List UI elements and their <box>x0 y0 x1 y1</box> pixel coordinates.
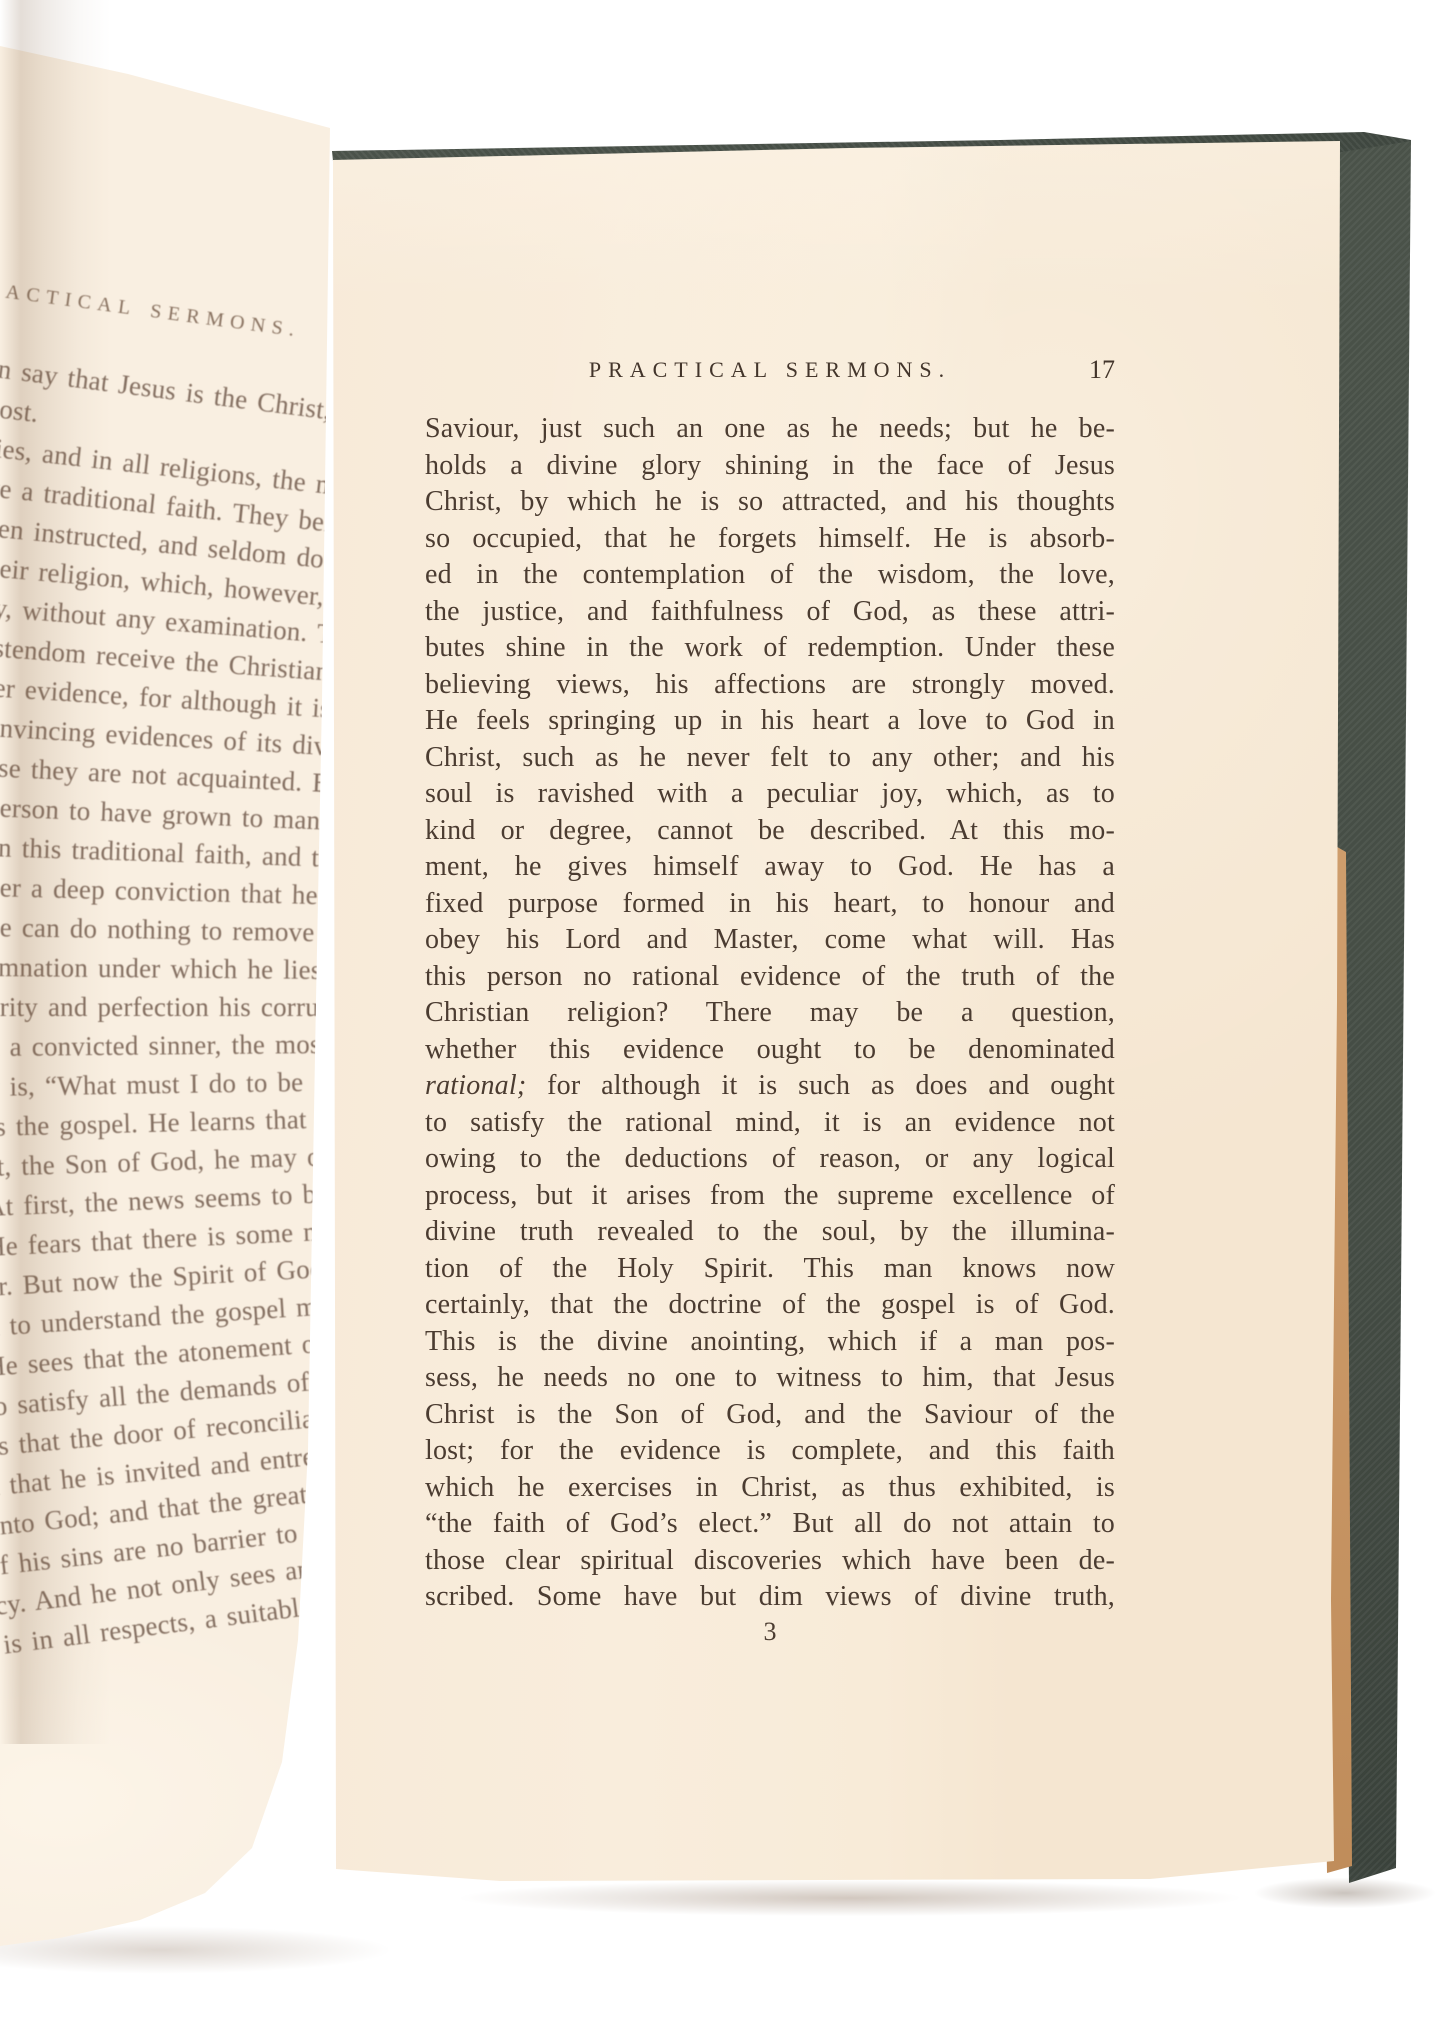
text-line: ries, and in all religions, the mass of <box>0 432 405 509</box>
text-line: Christ is the Son of God, and the Saviou… <box>425 1397 1115 1434</box>
text-line: At first, the news seems to be too <box>0 1176 374 1223</box>
left-page-running-header: RACTICAL SERMONS. <box>0 278 302 343</box>
text-line: soul is ravished with a peculiar joy, wh… <box>425 776 1115 813</box>
text-line: person to have grown to manhood <box>0 792 376 839</box>
text-line: of his sins are no barrier to the <box>0 1513 342 1583</box>
text-line: “the faith of God’s elect.” But all do n… <box>425 1506 1115 1543</box>
text-line: st, the Son of God, he may obtain <box>0 1140 376 1183</box>
text-line-with-italic: rational; for although it is such as doe… <box>425 1068 1115 1105</box>
text-line: to satisfy the rational mind, it is an e… <box>425 1105 1115 1142</box>
text-line: fixed purpose formed in his heart, to ho… <box>425 886 1115 923</box>
text-line: This is the divine anointing, which if a… <box>425 1324 1115 1361</box>
book-photo: PRACTICAL SERMONS. 17 Saviour, just such… <box>0 0 1445 2023</box>
text-line: the justice, and faithfulness of God, as… <box>425 594 1115 631</box>
text-line: believing views, his affections are stro… <box>425 667 1115 704</box>
text-line: which he exercises in Christ, as thus ex… <box>425 1470 1115 1507</box>
text-line: een instructed, and seldom doubt of <box>0 512 393 581</box>
text-line: Christ, by which he is so attracted, and… <box>425 484 1115 521</box>
text-line: d to understand the gospel me- <box>0 1290 339 1343</box>
text-line: sess, he needs no one to witness to him,… <box>425 1360 1115 1397</box>
text-line: es that the door of reconciliation <box>0 1400 358 1463</box>
text-line: holds a divine glory shining in the face… <box>425 448 1115 485</box>
text-line: ment, he gives himself away to God. He h… <box>425 849 1115 886</box>
text-line: emnation under which he lies, or <box>0 952 361 986</box>
text-line: h a convicted sinner, the most <box>0 1029 328 1063</box>
text-line: rs the gospel. He learns that by <box>0 1103 344 1143</box>
text-line: He sees that the atonement of <box>0 1328 326 1383</box>
text-line: y is, “What must I do to be <box>0 1067 304 1103</box>
text-line: d that he is invited and entreat- <box>0 1438 345 1503</box>
text-line: divine truth revealed to the soul, by th… <box>425 1214 1115 1251</box>
text-line: kind or degree, cannot be described. At … <box>425 813 1115 850</box>
text-line: heir religion, which, however, they <box>0 552 382 617</box>
text-line: owing to the deductions of reason, or an… <box>425 1141 1115 1178</box>
text-line: an this traditional faith, and then <box>0 832 359 875</box>
text-line: so occupied, that he forgets himself. He… <box>425 521 1115 558</box>
text-line: ese they are not acquainted. But <box>0 752 353 800</box>
text-line: to satisfy all the demands of law <box>0 1363 360 1423</box>
text-line: process, but it arises from the supreme … <box>425 1178 1115 1215</box>
text-line: der a deep conviction that he is a <box>0 872 369 912</box>
text-line: onvincing evidences of its divine <box>0 712 362 764</box>
text-line: obey his Lord and Master, come what will… <box>425 922 1115 959</box>
text-line: t is in all respects, a suitable <box>0 1591 313 1663</box>
text-line: He feels springing up in his heart a lov… <box>425 703 1115 740</box>
right-page-number: 17 <box>425 355 1115 385</box>
text-line: whether this evidence ought to be denomi… <box>425 1032 1115 1069</box>
text-line: scribed. Some have but dim views of divi… <box>425 1579 1115 1616</box>
text-line: ve a traditional faith. They believe <box>0 472 379 543</box>
text-line: ter evidence, for although it is a <box>0 672 354 726</box>
text-line: certainly, that the doctrine of the gosp… <box>425 1287 1115 1324</box>
text-line: ly, without any examination. The <box>0 592 361 652</box>
text-line: er. But now the Spirit of God <box>0 1253 324 1303</box>
text-line: tion of the Holy Spirit. This man knows … <box>425 1251 1115 1288</box>
text-line: host. <box>0 392 40 429</box>
text-line: ed in the contemplation of the wisdom, t… <box>425 557 1115 594</box>
signature-mark: 3 <box>425 1617 1115 1647</box>
right-page-text-block: Saviour, just such an one as he needs; b… <box>425 411 1115 1616</box>
text-line: he can do nothing to remove the <box>0 912 358 949</box>
text-line: He fears that there is some mis- <box>0 1215 353 1263</box>
text-line: rcy. And he not only sees and <box>0 1552 326 1623</box>
text-line: an say that Jesus is the Christ, but <box>0 352 378 432</box>
text-line: butes shine in the work of redemption. U… <box>425 630 1115 667</box>
text-line: Christian religion? There may be a quest… <box>425 995 1115 1032</box>
gutter-shadow <box>0 0 130 1744</box>
text-line: Saviour, just such an one as he needs; b… <box>425 411 1115 448</box>
text-line: Christ, such as he never felt to any oth… <box>425 740 1115 777</box>
line-remainder: for although it is such as does and ough… <box>526 1070 1115 1101</box>
text-line: istendom receive the Christian rel- <box>0 632 378 691</box>
italic-word: rational; <box>425 1070 526 1101</box>
text-line: unto God; and that the great- <box>0 1478 318 1543</box>
text-line: this person no rational evidence of the … <box>425 959 1115 996</box>
text-line: lost; for the evidence is complete, and … <box>425 1433 1115 1470</box>
text-line: urity and perfection his corrupt <box>0 992 340 1023</box>
text-line: those clear spiritual discoveries which … <box>425 1543 1115 1580</box>
